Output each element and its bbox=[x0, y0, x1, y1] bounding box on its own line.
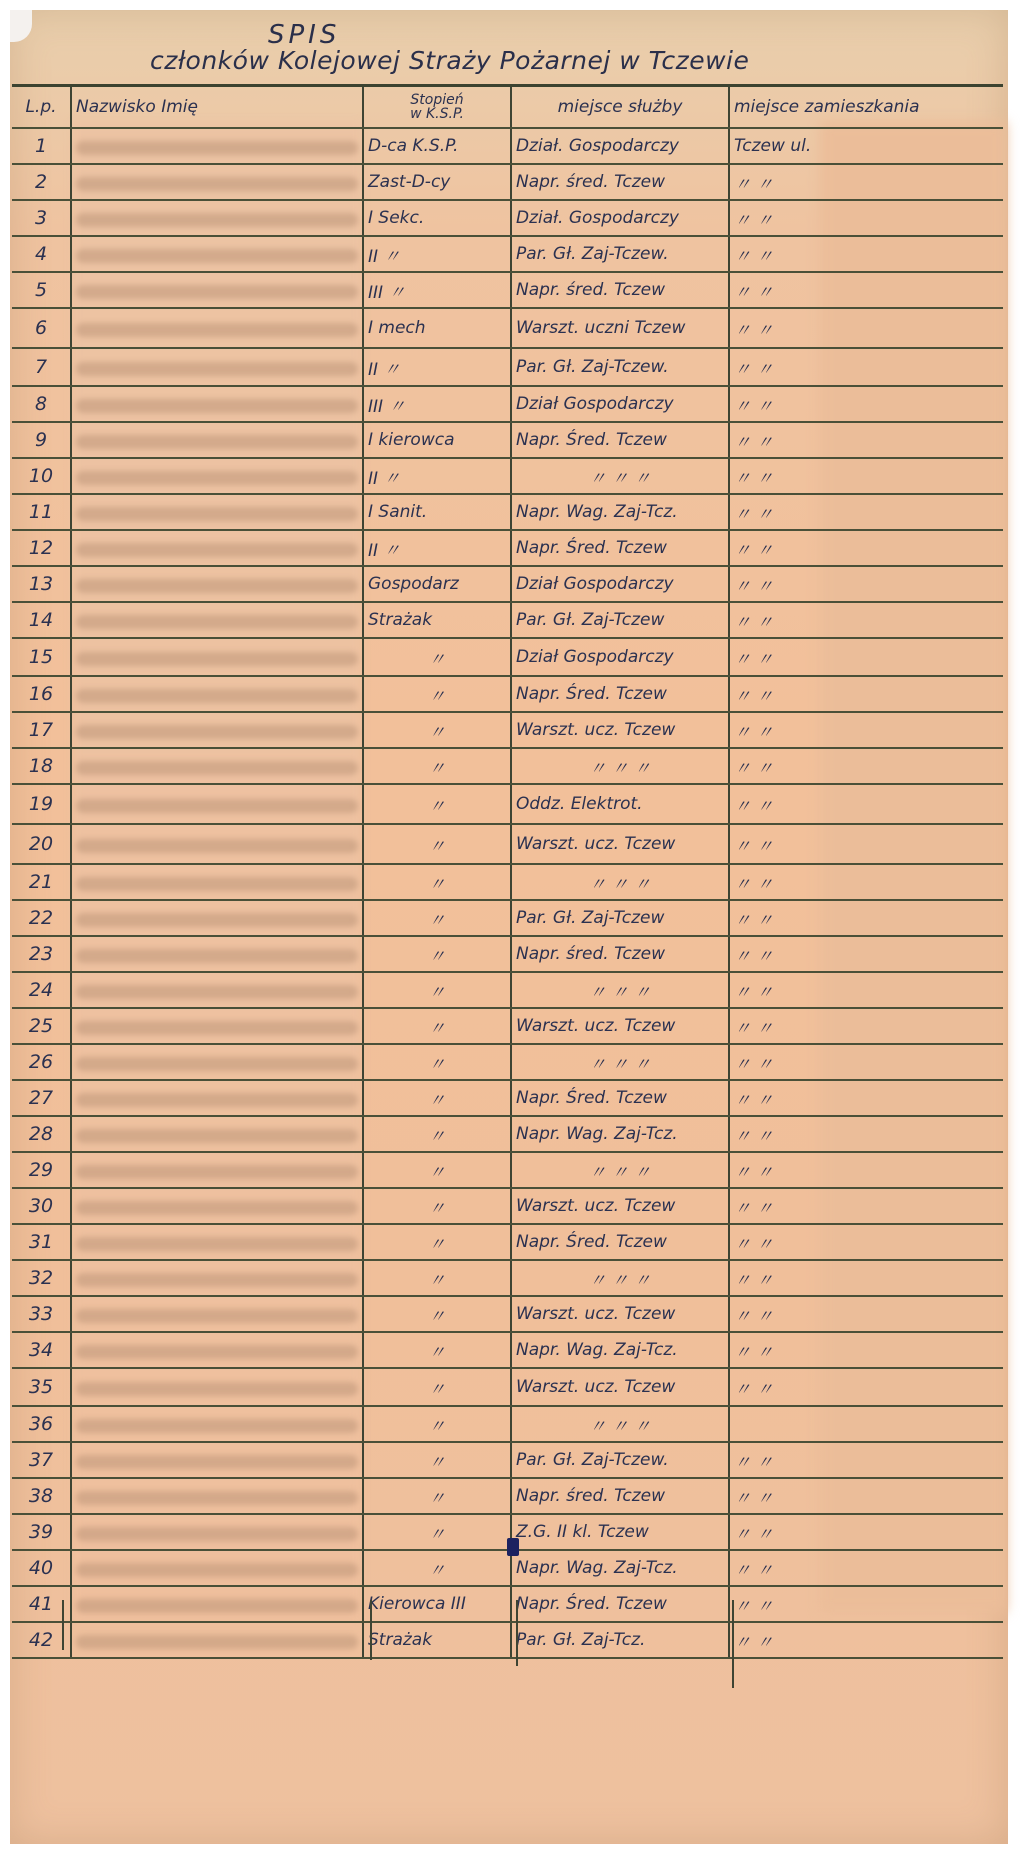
row-number: 32 bbox=[12, 1260, 71, 1296]
member-name-redacted bbox=[71, 566, 363, 602]
member-name-redacted bbox=[71, 1296, 363, 1332]
table-row: 13GospodarzDział Gospodarczy〃 〃 bbox=[12, 566, 1003, 602]
row-number: 23 bbox=[12, 936, 71, 972]
table-row: 33〃Warszt. ucz. Tczew〃 〃 bbox=[12, 1296, 1003, 1332]
redaction-blur bbox=[76, 1237, 358, 1251]
member-place-of-service: 〃 〃 〃 bbox=[511, 748, 729, 784]
member-residence: 〃 〃 bbox=[729, 900, 1003, 936]
member-rank: 〃 bbox=[363, 1224, 511, 1260]
table-row: 12II 〃Napr. Śred. Tczew〃 〃 bbox=[12, 530, 1003, 566]
redaction-blur bbox=[76, 1599, 358, 1613]
member-name-redacted bbox=[71, 200, 363, 236]
row-number: 12 bbox=[12, 530, 71, 566]
redaction-blur bbox=[76, 507, 358, 521]
member-residence: 〃 〃 bbox=[729, 1442, 1003, 1478]
member-name-redacted bbox=[71, 1188, 363, 1224]
table-row: 28〃Napr. Wag. Zaj-Tcz.〃 〃 bbox=[12, 1116, 1003, 1152]
row-number: 21 bbox=[12, 864, 71, 900]
member-rank: I Sanit. bbox=[363, 494, 511, 530]
member-name-redacted bbox=[71, 1442, 363, 1478]
member-residence: 〃 〃 bbox=[729, 1008, 1003, 1044]
row-number: 5 bbox=[12, 272, 71, 308]
member-rank: 〃 bbox=[363, 1188, 511, 1224]
member-rank: 〃 bbox=[363, 1514, 511, 1550]
table-row: 42StrażakPar. Gł. Zaj-Tcz.〃 〃 bbox=[12, 1622, 1003, 1658]
member-residence: 〃 〃 bbox=[729, 236, 1003, 272]
redaction-blur bbox=[76, 949, 358, 963]
redaction-blur bbox=[76, 725, 358, 739]
row-number: 20 bbox=[12, 824, 71, 864]
member-residence: 〃 〃 bbox=[729, 164, 1003, 200]
table-row: 32〃〃 〃 〃〃 〃 bbox=[12, 1260, 1003, 1296]
member-place-of-service: Napr. Wag. Zaj-Tcz. bbox=[511, 494, 729, 530]
member-rank: Gospodarz bbox=[363, 566, 511, 602]
table-row: 7II 〃Par. Gł. Zaj-Tczew.〃 〃 bbox=[12, 348, 1003, 386]
table-row: 17〃Warszt. ucz. Tczew〃 〃 bbox=[12, 712, 1003, 748]
member-place-of-service: Dział. Gospodarczy bbox=[511, 128, 729, 164]
redaction-blur bbox=[76, 1129, 358, 1143]
member-rank: 〃 bbox=[363, 1152, 511, 1188]
member-name-redacted bbox=[71, 1224, 363, 1260]
row-number: 24 bbox=[12, 972, 71, 1008]
redaction-blur bbox=[76, 652, 358, 666]
member-rank: Kierowca III bbox=[363, 1586, 511, 1622]
member-name-redacted bbox=[71, 422, 363, 458]
redaction-blur bbox=[76, 761, 358, 775]
row-number: 15 bbox=[12, 638, 71, 676]
redaction-blur bbox=[76, 1491, 358, 1505]
member-residence: 〃 〃 bbox=[729, 748, 1003, 784]
member-residence: 〃 〃 bbox=[729, 1116, 1003, 1152]
redaction-blur bbox=[76, 1201, 358, 1215]
redaction-blur bbox=[76, 799, 358, 813]
member-rank: 〃 bbox=[363, 676, 511, 712]
row-number: 4 bbox=[12, 236, 71, 272]
members-table: L.p. Nazwisko Imię Stopień w K.S.P. miej… bbox=[12, 84, 1003, 1659]
member-name-redacted bbox=[71, 1586, 363, 1622]
member-place-of-service: Warszt. uczni Tczew bbox=[511, 308, 729, 348]
row-number: 22 bbox=[12, 900, 71, 936]
redaction-blur bbox=[76, 1563, 358, 1577]
redaction-blur bbox=[76, 399, 358, 413]
member-name-redacted bbox=[71, 272, 363, 308]
member-rank: 〃 bbox=[363, 1260, 511, 1296]
row-number: 33 bbox=[12, 1296, 71, 1332]
member-place-of-service: 〃 〃 〃 bbox=[511, 1152, 729, 1188]
member-rank: 〃 bbox=[363, 1478, 511, 1514]
member-residence: 〃 〃 bbox=[729, 1514, 1003, 1550]
member-rank: Zast-D-cy bbox=[363, 164, 511, 200]
member-place-of-service: Par. Gł. Zaj-Tczew bbox=[511, 602, 729, 638]
member-place-of-service: Warszt. ucz. Tczew bbox=[511, 1008, 729, 1044]
member-place-of-service: 〃 〃 〃 bbox=[511, 458, 729, 494]
member-name-redacted bbox=[71, 1008, 363, 1044]
redaction-blur bbox=[76, 839, 358, 853]
member-rank: 〃 bbox=[363, 1442, 511, 1478]
member-rank: D-ca K.S.P. bbox=[363, 128, 511, 164]
member-place-of-service: Warszt. ucz. Tczew bbox=[511, 824, 729, 864]
member-residence: 〃 〃 bbox=[729, 530, 1003, 566]
member-place-of-service: Napr. Śred. Tczew bbox=[511, 1586, 729, 1622]
member-rank: II 〃 bbox=[363, 530, 511, 566]
member-residence: 〃 〃 bbox=[729, 1332, 1003, 1368]
member-rank: 〃 bbox=[363, 638, 511, 676]
member-rank: 〃 bbox=[363, 936, 511, 972]
member-place-of-service: Par. Gł. Zaj-Tcz. bbox=[511, 1622, 729, 1658]
member-name-redacted bbox=[71, 308, 363, 348]
table-row: 30〃Warszt. ucz. Tczew〃 〃 bbox=[12, 1188, 1003, 1224]
member-residence: 〃 〃 bbox=[729, 200, 1003, 236]
row-number: 35 bbox=[12, 1368, 71, 1406]
redaction-blur bbox=[76, 579, 358, 593]
column-header-rank-sublabel: w K.S.P. bbox=[368, 107, 506, 121]
row-number: 28 bbox=[12, 1116, 71, 1152]
row-number: 25 bbox=[12, 1008, 71, 1044]
row-number: 9 bbox=[12, 422, 71, 458]
member-name-redacted bbox=[71, 1406, 363, 1442]
table-row: 41Kierowca IIINapr. Śred. Tczew〃 〃 bbox=[12, 1586, 1003, 1622]
member-residence bbox=[729, 1406, 1003, 1442]
member-rank: 〃 bbox=[363, 1368, 511, 1406]
member-rank: 〃 bbox=[363, 784, 511, 824]
redaction-blur bbox=[76, 615, 358, 629]
member-name-redacted bbox=[71, 494, 363, 530]
member-rank: Strażak bbox=[363, 1622, 511, 1658]
member-name-redacted bbox=[71, 1514, 363, 1550]
member-name-redacted bbox=[71, 712, 363, 748]
redaction-blur bbox=[76, 1345, 358, 1359]
member-rank: 〃 bbox=[363, 1332, 511, 1368]
row-number: 3 bbox=[12, 200, 71, 236]
member-residence: 〃 〃 bbox=[729, 1296, 1003, 1332]
row-number: 27 bbox=[12, 1080, 71, 1116]
member-name-redacted bbox=[71, 530, 363, 566]
member-name-redacted bbox=[71, 1550, 363, 1586]
member-rank: II 〃 bbox=[363, 236, 511, 272]
row-number: 29 bbox=[12, 1152, 71, 1188]
member-rank: 〃 bbox=[363, 1406, 511, 1442]
table-row: 10II 〃〃 〃 〃〃 〃 bbox=[12, 458, 1003, 494]
redaction-blur bbox=[76, 985, 358, 999]
member-name-redacted bbox=[71, 1080, 363, 1116]
row-number: 11 bbox=[12, 494, 71, 530]
table-row: 38〃Napr. śred. Tczew〃 〃 bbox=[12, 1478, 1003, 1514]
member-place-of-service: Par. Gł. Zaj-Tczew. bbox=[511, 236, 729, 272]
table-row: 19〃Oddz. Elektrot.〃 〃 bbox=[12, 784, 1003, 824]
row-number: 40 bbox=[12, 1550, 71, 1586]
member-residence: 〃 〃 bbox=[729, 1224, 1003, 1260]
member-place-of-service: Napr. śred. Tczew bbox=[511, 272, 729, 308]
member-residence: 〃 〃 bbox=[729, 272, 1003, 308]
member-rank: 〃 bbox=[363, 1296, 511, 1332]
member-place-of-service: Warszt. ucz. Tczew bbox=[511, 1188, 729, 1224]
redaction-blur bbox=[76, 1635, 358, 1649]
redaction-blur bbox=[76, 689, 358, 703]
redaction-blur bbox=[76, 1382, 358, 1396]
member-residence: 〃 〃 bbox=[729, 712, 1003, 748]
redaction-blur bbox=[76, 1093, 358, 1107]
row-number: 38 bbox=[12, 1478, 71, 1514]
member-place-of-service: Dział. Gospodarczy bbox=[511, 200, 729, 236]
table-row: 36〃〃 〃 〃 bbox=[12, 1406, 1003, 1442]
row-number: 13 bbox=[12, 566, 71, 602]
redaction-blur bbox=[76, 1021, 358, 1035]
column-header-name: Nazwisko Imię bbox=[71, 86, 363, 129]
row-number: 18 bbox=[12, 748, 71, 784]
member-name-redacted bbox=[71, 1478, 363, 1514]
column-header-rank-label: Stopień bbox=[368, 93, 506, 107]
member-residence: 〃 〃 bbox=[729, 864, 1003, 900]
member-residence: 〃 〃 bbox=[729, 1478, 1003, 1514]
member-rank: III 〃 bbox=[363, 272, 511, 308]
column-header-place: miejsce służby bbox=[511, 86, 729, 129]
document-subtitle: członków Kolejowej Straży Pożarnej w Tcz… bbox=[150, 46, 749, 75]
member-rank: II 〃 bbox=[363, 348, 511, 386]
member-place-of-service: Par. Gł. Zaj-Tczew. bbox=[511, 1442, 729, 1478]
table-row: 5III 〃Napr. śred. Tczew〃 〃 bbox=[12, 272, 1003, 308]
member-name-redacted bbox=[71, 164, 363, 200]
member-name-redacted bbox=[71, 128, 363, 164]
table-row: 27〃Napr. Śred. Tczew〃 〃 bbox=[12, 1080, 1003, 1116]
table-row: 20〃Warszt. ucz. Tczew〃 〃 bbox=[12, 824, 1003, 864]
member-place-of-service: Warszt. ucz. Tczew bbox=[511, 712, 729, 748]
table-row: 6I mechWarszt. uczni Tczew〃 〃 bbox=[12, 308, 1003, 348]
member-residence: 〃 〃 bbox=[729, 824, 1003, 864]
member-residence: 〃 〃 bbox=[729, 1586, 1003, 1622]
member-rank: 〃 bbox=[363, 1044, 511, 1080]
table-row: 8III 〃Dział Gospodarczy〃 〃 bbox=[12, 386, 1003, 422]
member-rank: I mech bbox=[363, 308, 511, 348]
member-place-of-service: Napr. śred. Tczew bbox=[511, 936, 729, 972]
member-residence: 〃 〃 bbox=[729, 972, 1003, 1008]
table-row: 3I Sekc.Dział. Gospodarczy〃 〃 bbox=[12, 200, 1003, 236]
member-place-of-service: Par. Gł. Zaj-Tczew. bbox=[511, 348, 729, 386]
member-place-of-service: Napr. Śred. Tczew bbox=[511, 530, 729, 566]
table-row: 37〃Par. Gł. Zaj-Tczew.〃 〃 bbox=[12, 1442, 1003, 1478]
column-header-rank: Stopień w K.S.P. bbox=[363, 86, 511, 129]
member-residence: 〃 〃 bbox=[729, 494, 1003, 530]
row-number: 7 bbox=[12, 348, 71, 386]
row-number: 16 bbox=[12, 676, 71, 712]
member-name-redacted bbox=[71, 676, 363, 712]
member-place-of-service: Oddz. Elektrot. bbox=[511, 784, 729, 824]
member-residence: 〃 〃 bbox=[729, 1044, 1003, 1080]
row-number: 8 bbox=[12, 386, 71, 422]
member-name-redacted bbox=[71, 824, 363, 864]
table-row: 22〃Par. Gł. Zaj-Tczew〃 〃 bbox=[12, 900, 1003, 936]
table-header-row: L.p. Nazwisko Imię Stopień w K.S.P. miej… bbox=[12, 86, 1003, 129]
member-name-redacted bbox=[71, 1260, 363, 1296]
table-row: 24〃〃 〃 〃〃 〃 bbox=[12, 972, 1003, 1008]
redaction-blur bbox=[76, 1165, 358, 1179]
member-place-of-service: Napr. Śred. Tczew bbox=[511, 676, 729, 712]
redaction-blur bbox=[76, 285, 358, 299]
member-place-of-service: 〃 〃 〃 bbox=[511, 1044, 729, 1080]
table-row: 11I Sanit.Napr. Wag. Zaj-Tcz.〃 〃 bbox=[12, 494, 1003, 530]
row-number: 31 bbox=[12, 1224, 71, 1260]
member-rank: 〃 bbox=[363, 824, 511, 864]
redaction-blur bbox=[76, 1309, 358, 1323]
member-place-of-service: Napr. Śred. Tczew bbox=[511, 1224, 729, 1260]
redaction-blur bbox=[76, 1527, 358, 1541]
redaction-blur bbox=[76, 213, 358, 227]
member-place-of-service: Napr. Śred. Tczew bbox=[511, 422, 729, 458]
member-residence: 〃 〃 bbox=[729, 1260, 1003, 1296]
member-place-of-service: Warszt. ucz. Tczew bbox=[511, 1296, 729, 1332]
table-row: 29〃〃 〃 〃〃 〃 bbox=[12, 1152, 1003, 1188]
member-place-of-service: Napr. Wag. Zaj-Tcz. bbox=[511, 1116, 729, 1152]
member-rank: 〃 bbox=[363, 864, 511, 900]
row-number: 19 bbox=[12, 784, 71, 824]
table-row: 25〃Warszt. ucz. Tczew〃 〃 bbox=[12, 1008, 1003, 1044]
member-place-of-service: Dział Gospodarczy bbox=[511, 386, 729, 422]
member-name-redacted bbox=[71, 1152, 363, 1188]
member-place-of-service: Napr. Śred. Tczew bbox=[511, 1080, 729, 1116]
redaction-blur bbox=[76, 177, 358, 191]
member-rank: Strażak bbox=[363, 602, 511, 638]
member-place-of-service: Napr. Wag. Zaj-Tcz. bbox=[511, 1332, 729, 1368]
row-number: 6 bbox=[12, 308, 71, 348]
table-row: 31〃Napr. Śred. Tczew〃 〃 bbox=[12, 1224, 1003, 1260]
member-place-of-service: Warszt. ucz. Tczew bbox=[511, 1368, 729, 1406]
member-place-of-service: Par. Gł. Zaj-Tczew bbox=[511, 900, 729, 936]
redaction-blur bbox=[76, 471, 358, 485]
member-rank: I Sekc. bbox=[363, 200, 511, 236]
member-place-of-service: 〃 〃 〃 bbox=[511, 1406, 729, 1442]
member-residence: 〃 〃 bbox=[729, 566, 1003, 602]
table-row: 14StrażakPar. Gł. Zaj-Tczew〃 〃 bbox=[12, 602, 1003, 638]
redaction-blur bbox=[76, 913, 358, 927]
member-rank: 〃 bbox=[363, 748, 511, 784]
member-place-of-service: Z.G. II kl. Tczew bbox=[511, 1514, 729, 1550]
member-place-of-service: Napr. śred. Tczew bbox=[511, 1478, 729, 1514]
table-row: 34〃Napr. Wag. Zaj-Tcz.〃 〃 bbox=[12, 1332, 1003, 1368]
member-residence: 〃 〃 bbox=[729, 1080, 1003, 1116]
member-residence: 〃 〃 bbox=[729, 386, 1003, 422]
table-row: 35〃Warszt. ucz. Tczew〃 〃 bbox=[12, 1368, 1003, 1406]
member-rank: 〃 bbox=[363, 1080, 511, 1116]
redaction-blur bbox=[76, 435, 358, 449]
member-name-redacted bbox=[71, 348, 363, 386]
member-name-redacted bbox=[71, 1368, 363, 1406]
member-residence: 〃 〃 bbox=[729, 602, 1003, 638]
member-rank: 〃 bbox=[363, 972, 511, 1008]
member-residence: 〃 〃 bbox=[729, 936, 1003, 972]
table-row: 21〃〃 〃 〃〃 〃 bbox=[12, 864, 1003, 900]
member-name-redacted bbox=[71, 936, 363, 972]
member-residence: 〃 〃 bbox=[729, 422, 1003, 458]
table-row: 18〃〃 〃 〃〃 〃 bbox=[12, 748, 1003, 784]
member-rank: 〃 bbox=[363, 1116, 511, 1152]
member-name-redacted bbox=[71, 386, 363, 422]
redaction-blur bbox=[76, 1273, 358, 1287]
row-number: 26 bbox=[12, 1044, 71, 1080]
row-number: 39 bbox=[12, 1514, 71, 1550]
member-name-redacted bbox=[71, 1622, 363, 1658]
redaction-blur bbox=[76, 249, 358, 263]
member-rank: 〃 bbox=[363, 1550, 511, 1586]
member-residence: 〃 〃 bbox=[729, 784, 1003, 824]
member-name-redacted bbox=[71, 602, 363, 638]
column-rule-rank bbox=[516, 1600, 518, 1666]
member-name-redacted bbox=[71, 458, 363, 494]
row-number: 10 bbox=[12, 458, 71, 494]
redaction-blur bbox=[76, 362, 358, 376]
row-number: 14 bbox=[12, 602, 71, 638]
redaction-blur bbox=[76, 1419, 358, 1433]
redaction-blur bbox=[76, 1057, 358, 1071]
member-name-redacted bbox=[71, 972, 363, 1008]
member-name-redacted bbox=[71, 236, 363, 272]
member-residence: 〃 〃 bbox=[729, 1550, 1003, 1586]
member-residence: 〃 〃 bbox=[729, 458, 1003, 494]
row-number: 36 bbox=[12, 1406, 71, 1442]
member-name-redacted bbox=[71, 1044, 363, 1080]
member-name-redacted bbox=[71, 1332, 363, 1368]
member-residence: 〃 〃 bbox=[729, 1188, 1003, 1224]
column-header-lp: L.p. bbox=[12, 86, 71, 129]
member-place-of-service: 〃 〃 〃 bbox=[511, 1260, 729, 1296]
row-number: 37 bbox=[12, 1442, 71, 1478]
member-name-redacted bbox=[71, 748, 363, 784]
ink-stamp-mark bbox=[507, 1538, 519, 1556]
member-name-redacted bbox=[71, 864, 363, 900]
row-number: 2 bbox=[12, 164, 71, 200]
redaction-blur bbox=[76, 141, 358, 155]
table-row: 26〃〃 〃 〃〃 〃 bbox=[12, 1044, 1003, 1080]
table-row: 23〃Napr. śred. Tczew〃 〃 bbox=[12, 936, 1003, 972]
table-row: 2Zast-D-cyNapr. śred. Tczew〃 〃 bbox=[12, 164, 1003, 200]
redaction-blur bbox=[76, 877, 358, 891]
table-row: 4II 〃Par. Gł. Zaj-Tczew.〃 〃 bbox=[12, 236, 1003, 272]
redaction-blur bbox=[76, 323, 358, 337]
member-residence: 〃 〃 bbox=[729, 1152, 1003, 1188]
member-name-redacted bbox=[71, 1116, 363, 1152]
table-row: 16〃Napr. Śred. Tczew〃 〃 bbox=[12, 676, 1003, 712]
member-place-of-service: Napr. Wag. Zaj-Tcz. bbox=[511, 1550, 729, 1586]
table-row: 9I kierowcaNapr. Śred. Tczew〃 〃 bbox=[12, 422, 1003, 458]
member-name-redacted bbox=[71, 900, 363, 936]
member-rank: 〃 bbox=[363, 1008, 511, 1044]
row-number: 17 bbox=[12, 712, 71, 748]
member-name-redacted bbox=[71, 784, 363, 824]
member-residence: 〃 〃 bbox=[729, 638, 1003, 676]
member-rank: II 〃 bbox=[363, 458, 511, 494]
row-number: 1 bbox=[12, 128, 71, 164]
row-number: 34 bbox=[12, 1332, 71, 1368]
member-residence: 〃 〃 bbox=[729, 348, 1003, 386]
member-residence: Tczew ul. bbox=[729, 128, 1003, 164]
member-place-of-service: Dział Gospodarczy bbox=[511, 638, 729, 676]
member-rank: III 〃 bbox=[363, 386, 511, 422]
member-residence: 〃 〃 bbox=[729, 676, 1003, 712]
member-place-of-service: Napr. śred. Tczew bbox=[511, 164, 729, 200]
member-name-redacted bbox=[71, 638, 363, 676]
member-rank: I kierowca bbox=[363, 422, 511, 458]
member-residence: 〃 〃 bbox=[729, 1622, 1003, 1658]
member-residence: 〃 〃 bbox=[729, 308, 1003, 348]
column-header-home: miejsce zamieszkania bbox=[729, 86, 1003, 129]
redaction-blur bbox=[76, 543, 358, 557]
column-rule-lp bbox=[62, 1600, 64, 1650]
redaction-blur bbox=[76, 1455, 358, 1469]
member-rank: 〃 bbox=[363, 712, 511, 748]
member-rank: 〃 bbox=[363, 900, 511, 936]
member-place-of-service: Dział Gospodarczy bbox=[511, 566, 729, 602]
member-residence: 〃 〃 bbox=[729, 1368, 1003, 1406]
column-rule-place bbox=[732, 1600, 734, 1688]
column-rule-name bbox=[370, 1600, 372, 1660]
